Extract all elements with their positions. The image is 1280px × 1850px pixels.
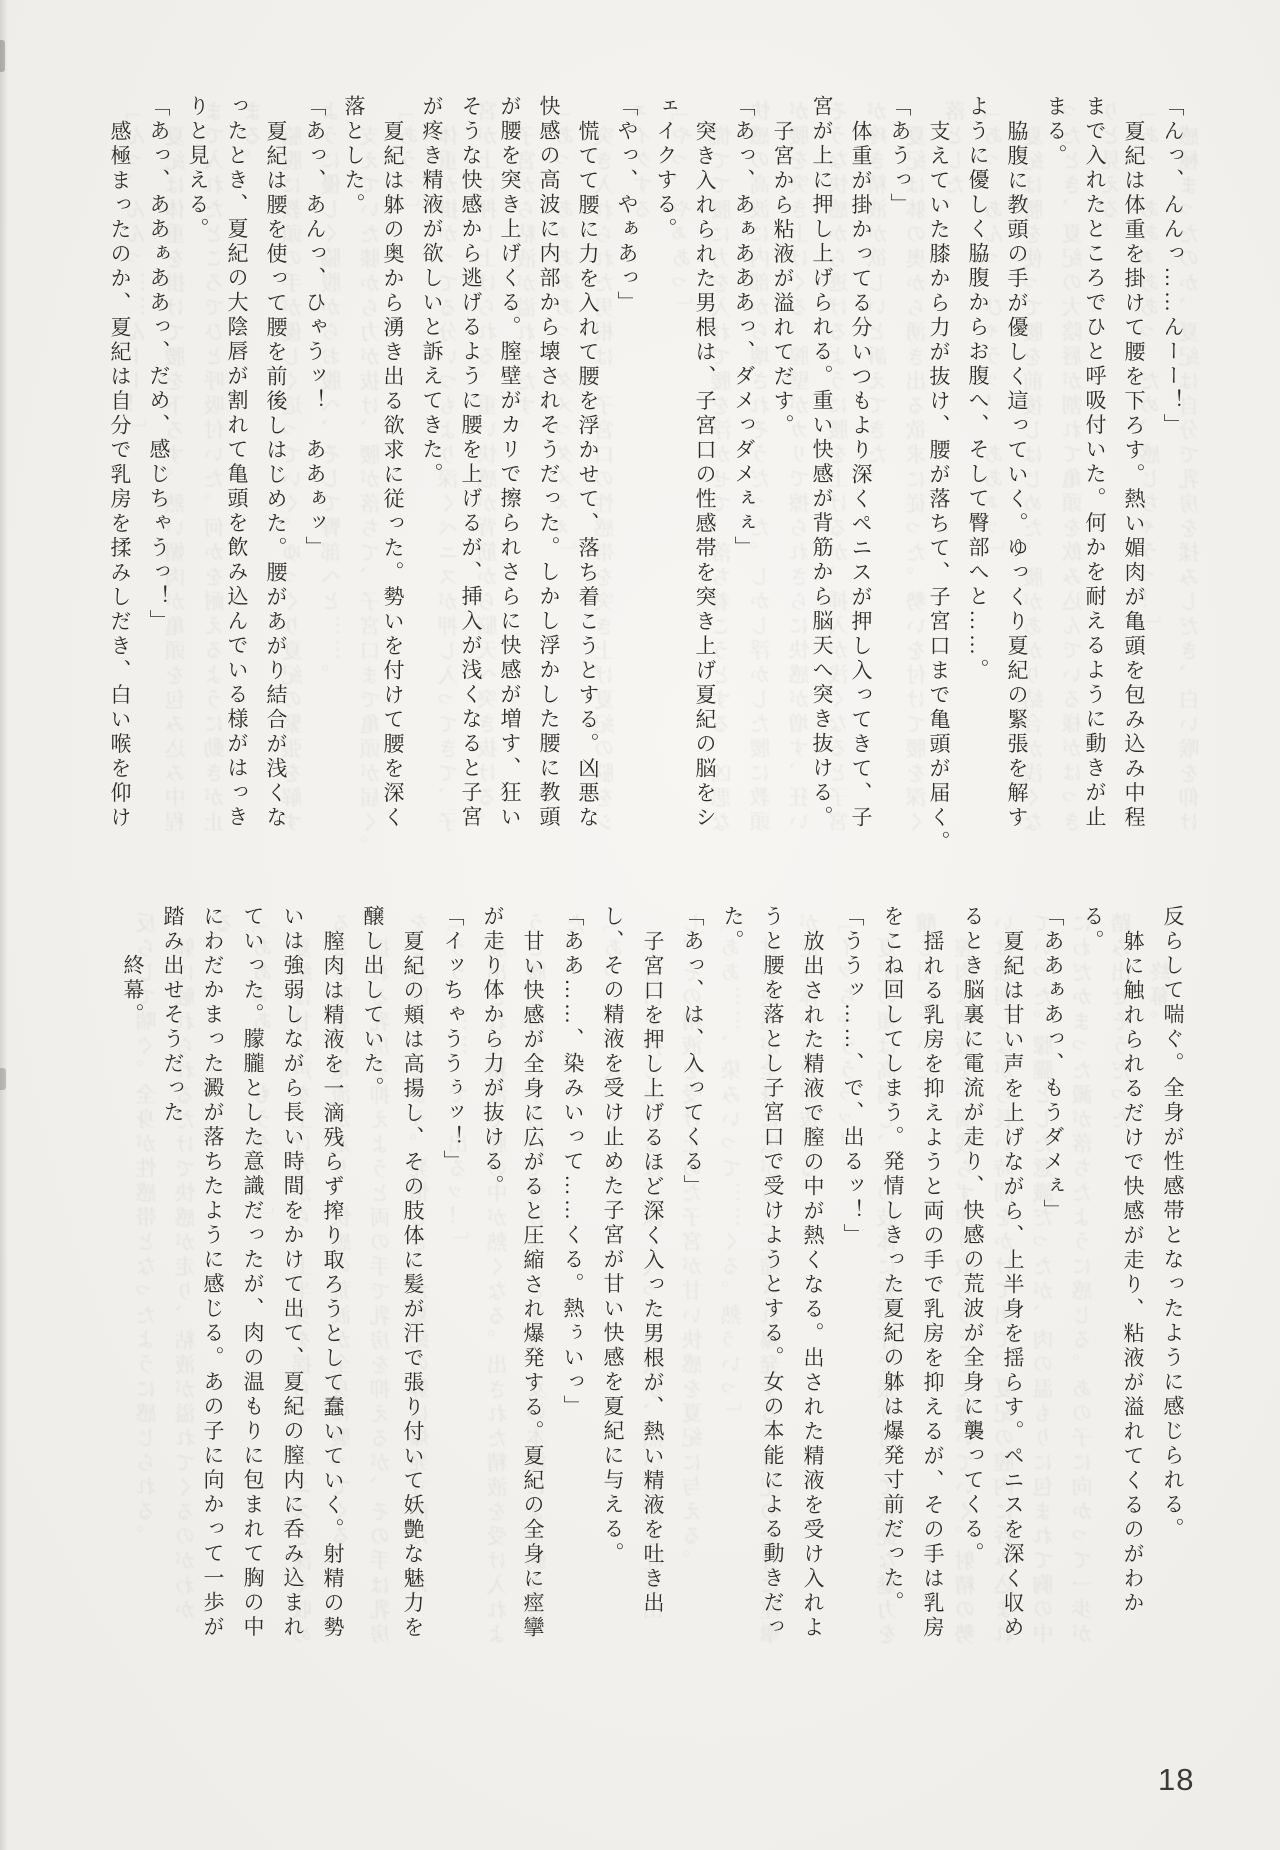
text-column: 「あっ、あぁあああっ、ダメっダメぇぇ」 [732,95,756,875]
text-column: 夏紀の頬は高揚し、その肢体に髪が汗で張り付いて妖艶な魅力を [401,905,425,1690]
text-column: が腰を突き上げくる。膣壁がカリで擦られさらに快感が増す、狂い [498,95,522,875]
text-column: にわだかまった澱が落ちたように感じる。あの子に向かって一歩が [201,905,225,1690]
text-column: 踏み出せそうだった [161,905,185,1690]
text-column: 「あっ、ああぁああっ、だめ、感じちゃうっ！」 [147,95,171,875]
text-column: 「イッちゃううぅッ！」 [441,905,465,1690]
text-column: 脇腹に教頭の手が優しく這っていく。ゆっくり夏紀の緊張を解す [1005,95,1029,875]
text-column: 快感の高波に内部から壊されそうだった。しかし浮かした腰に教頭 [537,95,561,875]
text-column: ったとき、夏紀の大陰唇が割れて亀頭を飲み込んでいる様がはっき [225,95,249,875]
text-column: 「やっ、やぁあっ」 [615,95,639,875]
text-column: 突き入れられた男根は、子宮口の性感帯を突き上げ夏紀の脳をシ [693,95,717,875]
text-column: 慌てて腰に力を入れて腰を浮かせて、落ち着こうとする。凶悪な [576,95,600,875]
text-column: うと腰を落とし子宮口で受けようとする。女の本能による動きだっ [761,905,785,1690]
text-column: 「あっ、は、入ってくる」 [681,905,705,1690]
text-column: 宮が上に押し上げられる。重い快感が背筋から脳天へ突き抜ける。 [810,95,834,875]
page-number: 18 [1158,1762,1194,1798]
scan-edge-shadow [0,0,8,1850]
text-column: 夏紀は甘い声を上げながら、上半身を揺らす。ペニスを深く収め [1001,905,1025,1690]
text-column: 「ああぁあっ、もうダメぇ」 [1041,905,1065,1690]
top-text-block: 「んっ、んんっ……んーー！」夏紀は体重を掛けて腰を下ろす。熱い媚肉が亀頭を包み込… [90,95,1185,875]
bottom-text-block: 反らして喘ぐ。全身が性感帯となったように感じられる。躰に触れられるだけで快感が走… [100,905,1185,1690]
text-column: 反らして喘ぐ。全身が性感帯となったように感じられる。 [1161,905,1185,1690]
text-column: 醸し出していた。 [361,905,385,1690]
text-column: ェイクする。 [654,95,678,875]
text-column: 躰に触れられるだけで快感が走り、粘液が溢れてくるのがわか [1121,905,1145,1690]
text-column: ように優しく脇腹からお腹へ、そして臀部へと……。 [966,95,990,875]
text-column: 体重が掛かってる分いつもより深くペニスが押し入ってきて、子 [849,95,873,875]
text-column: 支えていた膝から力が抜け、腰が落ちて、子宮口まで亀頭が届く。 [927,95,951,875]
text-column: 放出された精液で膣の中が熱くなる。出された精液を受け入れよ [801,905,825,1690]
text-column: 感極まったのか、夏紀は自分で乳房を揉みしだき、白い喉を仰け [108,95,132,875]
text-column: をこね回してしまう。発情しきった夏紀の躰は爆発寸前だった。 [881,905,905,1690]
text-column: いは強弱しながら長い時間をかけて出て、夏紀の膣内に呑み込まれ [281,905,305,1690]
text-column: 「んっ、んんっ……んーー！」 [1161,95,1185,875]
text-column: 子宮口を押し上げるほど深く入った男根が、熱い精液を吐き出 [641,905,665,1690]
text-column: 終幕。 [121,905,145,1690]
text-column: まで入れたところでひと呼吸付いた。何かを耐えるように動きが止 [1083,95,1107,875]
text-column: 「ああ……、染みいって……くる。熱ぅいっ」 [561,905,585,1690]
text-column: 膣肉は精液を一滴残らず搾り取ろうとして蠢いていく。射精の勢 [321,905,345,1690]
text-column: りと見える。 [186,95,210,875]
text-column: 「あっ、あんっ、ひゃうッ！ ああぁッ」 [303,95,327,875]
text-column: 甘い快感が全身に広がると圧縮され爆発する。夏紀の全身に痙攣 [521,905,545,1690]
text-column: た。 [721,905,745,1690]
text-column: 夏紀は躰の奥から湧き出る欲求に従った。勢いを付けて腰を深く [381,95,405,875]
scan-artifact [0,1068,6,1090]
text-column: るとき脳裏に電流が走り、快感の荒波が全身に襲ってくる。 [961,905,985,1690]
text-column: そうな快感から逃げるように腰を上げるが、挿入が浅くなると子宮 [459,95,483,875]
text-column: 落とした。 [342,95,366,875]
text-column: 夏紀は腰を使って腰を前後しはじめた。腰があがり結合が浅くな [264,95,288,875]
text-column: 揺れる乳房を抑えようと両の手で乳房を抑えるが、その手は乳房 [921,905,945,1690]
text-column: る。 [1081,905,1105,1690]
text-column: 夏紀は体重を掛けて腰を下ろす。熱い媚肉が亀頭を包み込み中程 [1122,95,1146,875]
text-column: が疼き精液が欲しいと訴えてきた。 [420,95,444,875]
text-column: 子宮から粘液が溢れてだす。 [771,95,795,875]
text-column: ていった。朦朧とした意識だったが、肉の温もりに包まれて胸の中 [241,905,265,1690]
text-column: 「あうっ」 [888,95,912,875]
text-column: し、その精液を受け止めた子宮が甘い快感を夏紀に与える。 [601,905,625,1690]
scan-artifact [0,40,5,72]
text-column: 「ううッ……、で、出るッ！」 [841,905,865,1690]
text-column: が走り体から力が抜ける。 [481,905,505,1690]
text-column: まる。 [1044,95,1068,875]
scanned-page: 「んっ、んんっ……んーー！」夏紀は体重を掛けて腰を下ろす。熱い媚肉が亀頭を包み込… [0,0,1280,1850]
